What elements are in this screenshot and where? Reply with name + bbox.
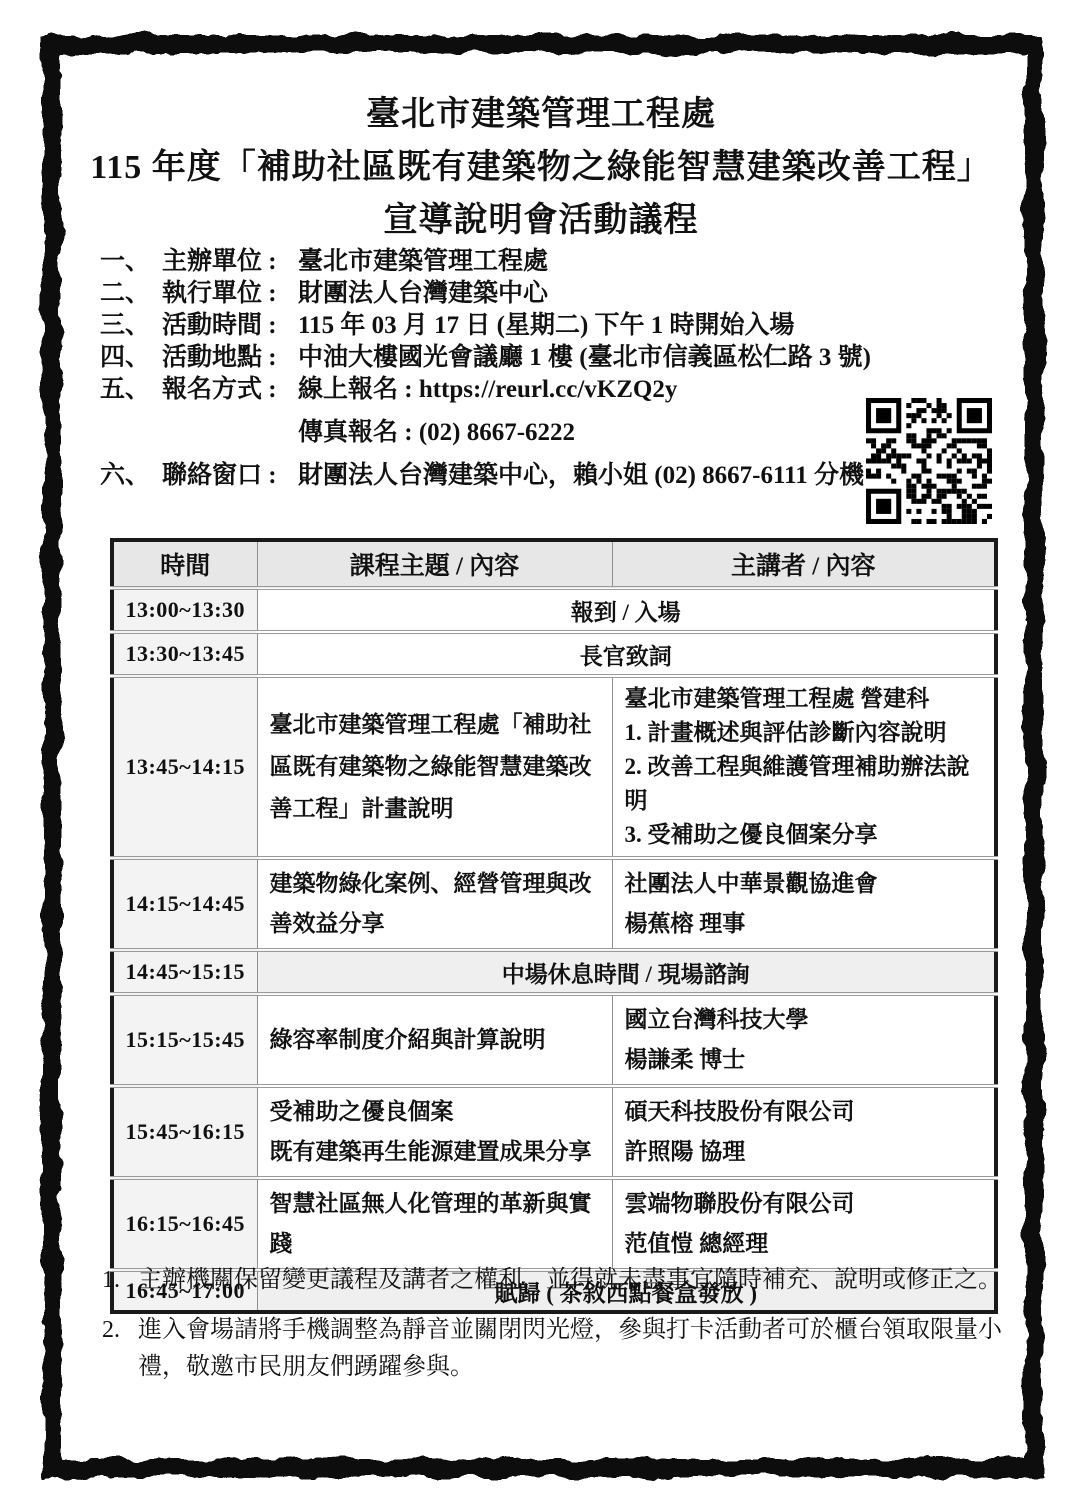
note-number: 1.	[102, 1262, 138, 1299]
time-cell: 16:15~16:45	[112, 1178, 257, 1270]
speaker-line: 臺北市建築管理工程處 營建科	[625, 682, 983, 716]
table-row: 13:30~13:45 長官致詞	[112, 632, 996, 676]
topic-cell: 建築物綠化案例、經營管理與改善效益分享	[257, 858, 612, 950]
header-topic: 課程主題 / 內容	[257, 540, 612, 588]
speaker-line: 2. 改善工程與維護管理補助辦法說明	[625, 750, 983, 818]
note-item: 1. 主辦機關保留變更議程及講者之權利，並得就未盡事宜隨時補充、說明或修正之。	[102, 1262, 1006, 1299]
table-row: 13:00~13:30 報到 / 入場	[112, 588, 996, 632]
item-label: 聯絡窗口 :	[162, 460, 298, 492]
header-speaker: 主講者 / 內容	[612, 540, 996, 588]
table-row: 14:15~14:45 建築物綠化案例、經營管理與改善效益分享 社團法人中華景觀…	[112, 858, 996, 950]
time-cell: 14:45~15:15	[112, 950, 257, 994]
speaker-line: 雲端物聯股份有限公司	[625, 1184, 983, 1224]
speaker-cell: 碩天科技股份有限公司 許照陽 協理	[612, 1086, 996, 1178]
span-cell: 長官致詞	[257, 632, 996, 676]
span-cell: 報到 / 入場	[257, 588, 996, 632]
speaker-line: 楊蕉榕 理事	[625, 904, 983, 944]
topic-cell: 臺北市建築管理工程處「補助社區既有建築物之綠能智慧建築改善工程」計畫說明	[257, 676, 612, 858]
title-line-agenda: 宣導說明會活動議程	[70, 194, 1012, 247]
topic-line: 受補助之優良個案	[270, 1092, 600, 1132]
item-label: 主辦單位 :	[162, 246, 298, 278]
speaker-cell: 國立台灣科技大學 楊謙柔 博士	[612, 994, 996, 1086]
time-cell: 13:00~13:30	[112, 588, 257, 632]
item-number: 三、	[100, 310, 162, 342]
item-label: 執行單位 :	[162, 278, 298, 310]
item-value: 財團法人台灣建築中心，賴小姐 (02) 8667-6111 分機 2256	[298, 462, 920, 489]
time-cell: 15:15~15:45	[112, 994, 257, 1086]
item-label: 報名方式 :	[162, 374, 298, 460]
title-line-org: 臺北市建築管理工程處	[70, 88, 1012, 141]
qr-code-pattern	[866, 398, 992, 524]
item-number: 四、	[100, 342, 162, 374]
table-row: 15:15~15:45 綠容率制度介紹與計算說明 國立台灣科技大學 楊謙柔 博士	[112, 994, 996, 1086]
note-item: 2. 進入會場請將手機調整為靜音並關閉閃光燈，參與打卡活動者可於櫃台領取限量小禮…	[102, 1312, 1006, 1386]
info-item-organizer: 一、 主辦單位 : 臺北市建築管理工程處	[100, 246, 1010, 278]
header-time: 時間	[112, 540, 257, 588]
info-item-time: 三、 活動時間 : 115 年 03 月 17 日 (星期二) 下午 1 時開始…	[100, 310, 1010, 342]
item-value: 財團法人台灣建築中心	[298, 280, 548, 307]
span-cell: 中場休息時間 / 現場諮詢	[257, 950, 996, 994]
item-value: 中油大樓國光會議廳 1 樓 (臺北市信義區松仁路 3 號)	[298, 344, 871, 371]
topic-line: 既有建築再生能源建置成果分享	[270, 1132, 600, 1172]
speaker-line: 社團法人中華景觀協進會	[625, 864, 983, 904]
topic-text: 智慧社區無人化管理的革新與實踐	[270, 1191, 592, 1256]
table-row: 16:15~16:45 智慧社區無人化管理的革新與實踐 雲端物聯股份有限公司 范…	[112, 1178, 996, 1270]
item-value: 115 年 03 月 17 日 (星期二) 下午 1 時開始入場	[298, 312, 795, 339]
item-number: 一、	[100, 246, 162, 278]
speaker-line: 許照陽 協理	[625, 1132, 983, 1172]
topic-cell: 綠容率制度介紹與計算說明	[257, 994, 612, 1086]
time-cell: 13:45~14:15	[112, 676, 257, 858]
info-item-location: 四、 活動地點 : 中油大樓國光會議廳 1 樓 (臺北市信義區松仁路 3 號)	[100, 342, 1010, 374]
topic-text: 臺北市建築管理工程處「補助社區既有建築物之綠能智慧建築改善工程」計畫說明	[270, 704, 600, 830]
item-value: 臺北市建築管理工程處	[298, 248, 548, 275]
agenda-table-container: 時間 課程主題 / 內容 主講者 / 內容 13:00~13:30 報到 / 入…	[110, 538, 998, 1314]
speaker-line: 楊謙柔 博士	[625, 1040, 983, 1080]
table-row: 14:45~15:15 中場休息時間 / 現場諮詢	[112, 950, 996, 994]
document-title: 臺北市建築管理工程處 115 年度「補助社區既有建築物之綠能智慧建築改善工程」 …	[70, 88, 1012, 247]
note-text: 主辦機關保留變更議程及講者之權利，並得就未盡事宜隨時補充、說明或修正之。	[138, 1262, 1006, 1299]
topic-cell: 受補助之優良個案 既有建築再生能源建置成果分享	[257, 1086, 612, 1178]
table-header-row: 時間 課程主題 / 內容 主講者 / 內容	[112, 540, 996, 588]
speaker-line: 碩天科技股份有限公司	[625, 1092, 983, 1132]
time-cell: 15:45~16:15	[112, 1086, 257, 1178]
topic-text: 建築物綠化案例、經營管理與改善效益分享	[270, 864, 600, 944]
item-number: 五、	[100, 374, 162, 460]
agenda-table: 時間 課程主題 / 內容 主講者 / 內容 13:00~13:30 報到 / 入…	[110, 538, 998, 1314]
speaker-line: 范值愷 總經理	[625, 1224, 983, 1264]
table-row: 13:45~14:15 臺北市建築管理工程處「補助社區既有建築物之綠能智慧建築改…	[112, 676, 996, 858]
time-cell: 14:15~14:45	[112, 858, 257, 950]
item-number: 六、	[100, 460, 162, 492]
topic-text: 綠容率制度介紹與計算說明	[270, 1027, 546, 1052]
table-row: 15:45~16:15 受補助之優良個案 既有建築再生能源建置成果分享 碩天科技…	[112, 1086, 996, 1178]
speaker-line: 國立台灣科技大學	[625, 1000, 983, 1040]
speaker-line: 3. 受補助之優良個案分享	[625, 818, 983, 852]
speaker-cell: 雲端物聯股份有限公司 范值愷 總經理	[612, 1178, 996, 1270]
topic-cell: 智慧社區無人化管理的革新與實踐	[257, 1178, 612, 1270]
time-cell: 13:30~13:45	[112, 632, 257, 676]
item-label: 活動地點 :	[162, 342, 298, 374]
footer-notes: 1. 主辦機關保留變更議程及講者之權利，並得就未盡事宜隨時補充、說明或修正之。 …	[102, 1262, 1006, 1399]
registration-qr-code	[866, 398, 992, 524]
document-page: 臺北市建築管理工程處 115 年度「補助社區既有建築物之綠能智慧建築改善工程」 …	[0, 0, 1082, 1512]
info-item-executor: 二、 執行單位 : 財團法人台灣建築中心	[100, 278, 1010, 310]
speaker-cell: 臺北市建築管理工程處 營建科 1. 計畫概述與評估診斷內容說明 2. 改善工程與…	[612, 676, 996, 858]
item-number: 二、	[100, 278, 162, 310]
title-line-program: 115 年度「補助社區既有建築物之綠能智慧建築改善工程」	[70, 141, 1012, 194]
note-text: 進入會場請將手機調整為靜音並關閉閃光燈，參與打卡活動者可於櫃台領取限量小禮，敬邀…	[138, 1312, 1006, 1386]
item-label: 活動時間 :	[162, 310, 298, 342]
speaker-line: 1. 計畫概述與評估診斷內容說明	[625, 716, 983, 750]
note-number: 2.	[102, 1312, 138, 1386]
speaker-cell: 社團法人中華景觀協進會 楊蕉榕 理事	[612, 858, 996, 950]
